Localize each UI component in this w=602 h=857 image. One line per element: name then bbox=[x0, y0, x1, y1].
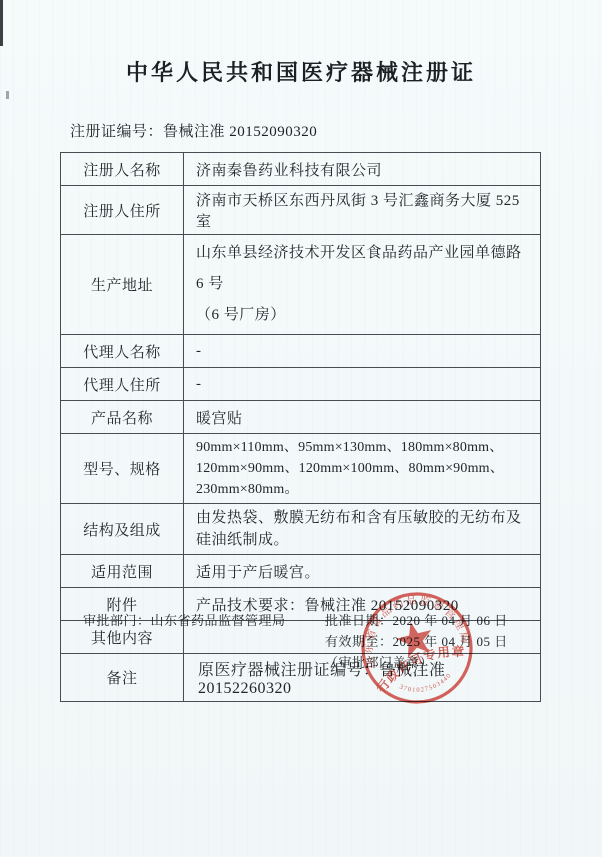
approval-date-value: 2020 年 04 月 06 日 bbox=[393, 613, 508, 628]
table-row: 型号、规格 90mm×110mm、95mm×130mm、180mm×80mm、1… bbox=[61, 434, 541, 504]
valid-until-line: 有效期至：2025 年 04 月 05 日 bbox=[325, 631, 508, 652]
approval-date-line: 批准日期：2020 年 04 月 06 日 bbox=[325, 610, 508, 631]
table-row: 结构及组成 由发热袋、敷膜无纺布和含有压敏胶的无纺布及硅油纸制成。 bbox=[61, 504, 541, 555]
field-value: 90mm×110mm、95mm×130mm、180mm×80mm、120mm×9… bbox=[184, 434, 541, 504]
field-label: 代理人住所 bbox=[61, 368, 184, 401]
table-row: 生产地址 山东单县经济技术开发区食品药品产业园单德路 6 号 （6 号厂房） bbox=[61, 235, 541, 335]
field-value: - bbox=[184, 368, 541, 401]
field-label: 产品名称 bbox=[61, 401, 184, 434]
registration-number-line: 注册证编号：鲁械注准 20152090320 bbox=[70, 120, 317, 141]
registration-number-label: 注册证编号： bbox=[70, 124, 163, 140]
table-row: 代理人住所 - bbox=[61, 368, 541, 401]
valid-until-label: 有效期至： bbox=[325, 634, 393, 649]
scan-artifact bbox=[6, 91, 9, 99]
scan-artifact bbox=[0, 0, 3, 46]
table-row: 注册人名称 济南秦鲁药业科技有限公司 bbox=[61, 153, 541, 186]
field-label: 型号、规格 bbox=[61, 434, 184, 504]
field-value: 由发热袋、敷膜无纺布和含有压敏胶的无纺布及硅油纸制成。 bbox=[184, 504, 541, 555]
approval-department-value: 山东省药品监督管理局 bbox=[151, 613, 286, 628]
field-label: 结构及组成 bbox=[61, 504, 184, 555]
field-label: 注册人名称 bbox=[61, 153, 184, 186]
table-row: 产品名称 暖宫贴 bbox=[61, 401, 541, 434]
approval-department-label: 审批部门： bbox=[83, 613, 151, 628]
table-row: 注册人住所 济南市天桥区东西丹凤街 3 号汇鑫商务大厦 525 室 bbox=[61, 186, 541, 235]
registration-number-value: 鲁械注准 20152090320 bbox=[163, 124, 317, 140]
field-value: 山东单县经济技术开发区食品药品产业园单德路 6 号 （6 号厂房） bbox=[184, 235, 541, 335]
seal-note: （审批部门盖章） bbox=[325, 652, 508, 673]
field-label: 生产地址 bbox=[61, 235, 184, 335]
field-value: 适用于产后暖宫。 bbox=[184, 555, 541, 588]
table-row: 代理人名称 - bbox=[61, 335, 541, 368]
approval-dates-block: 批准日期：2020 年 04 月 06 日 有效期至：2025 年 04 月 0… bbox=[325, 610, 508, 673]
field-label: 适用范围 bbox=[61, 555, 184, 588]
field-label: 代理人名称 bbox=[61, 335, 184, 368]
approval-department: 审批部门：山东省药品监督管理局 bbox=[83, 610, 286, 629]
approval-date-label: 批准日期： bbox=[325, 613, 393, 628]
field-value: 济南市天桥区东西丹凤街 3 号汇鑫商务大厦 525 室 bbox=[184, 186, 541, 235]
valid-until-value: 2025 年 04 月 05 日 bbox=[393, 634, 508, 649]
page-title: 中华人民共和国医疗器械注册证 bbox=[0, 56, 602, 87]
field-label: 注册人住所 bbox=[61, 186, 184, 235]
field-value: - bbox=[184, 335, 541, 368]
table-row: 适用范围 适用于产后暖宫。 bbox=[61, 555, 541, 588]
field-value: 暖宫贴 bbox=[184, 401, 541, 434]
field-label: 备注 bbox=[61, 654, 184, 702]
certificate-page: 中华人民共和国医疗器械注册证 注册证编号：鲁械注准 20152090320 注册… bbox=[0, 0, 602, 857]
field-value: 济南秦鲁药业科技有限公司 bbox=[184, 153, 541, 186]
